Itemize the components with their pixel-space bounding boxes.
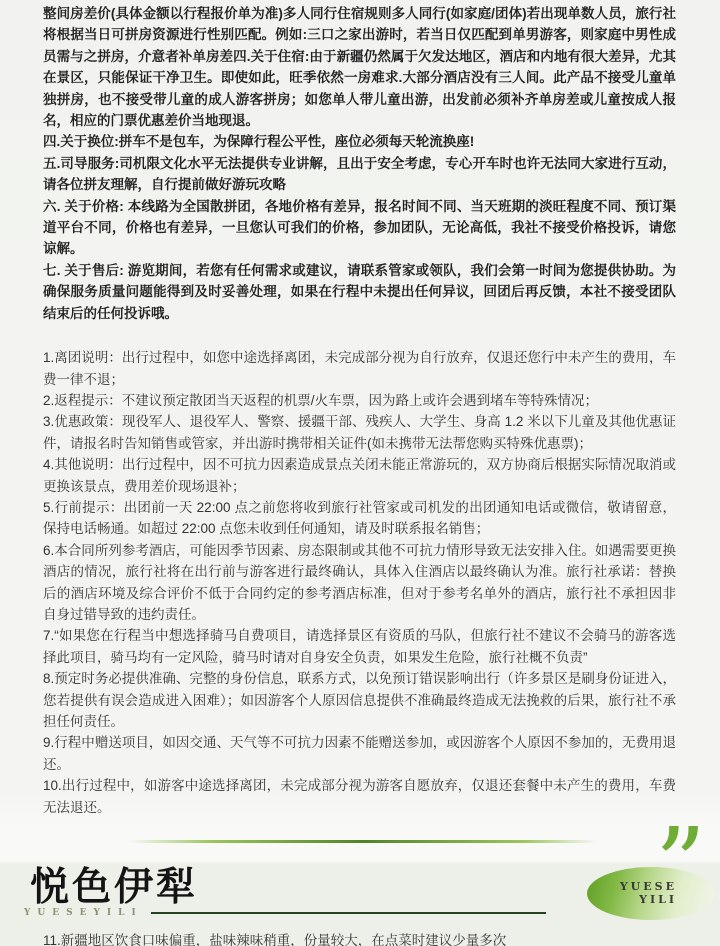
brand-badge-text: YUESE YILI: [620, 880, 677, 906]
notes-section: 1.离团说明：出行过程中，如您中途选择离团，未完成部分视为自行放弃，仅退还您行中…: [43, 347, 676, 818]
brand-footer: 悦色伊犁 YUESEYILI YUESE YILI 11.新疆地区饮食口味偏重，…: [0, 862, 720, 946]
note-item-9: 9.行程中赠送项目，如因交通、天气等不可抗力因素不能赠送参加，或因游客个人原因不…: [43, 732, 676, 775]
brand-badge-line1: YUESE: [620, 880, 677, 893]
note-item-3: 3.优惠政策：现役军人、退役军人、警察、援疆干部、残疾人、大学生、身高 1.2 …: [43, 411, 676, 454]
travel-notice-document: 整间房差价(具体金额以行程报价单为准)多人同行住宿规则多人同行(如家庭/团体)若…: [0, 0, 720, 946]
brand-logo-latin: YUESEYILI: [24, 908, 143, 918]
section-divider-line: [128, 840, 598, 843]
note-item-4: 4.其他说明：出行过程中，因不可抗力因素造成景点关闭未能正常游玩的，双方协商后根…: [43, 454, 676, 497]
policy-paragraph-pricing: 六. 关于价格: 本线路为全国散拼团，各地价格有差异，报名时间不同、当天班期的淡…: [43, 196, 676, 260]
policy-paragraph-seat-rotation: 四.关于换位:拼车不是包车，为保障行程公平性，座位必须每天轮流换座!: [43, 131, 676, 152]
policy-paragraph-driver-guide: 五.司导服务:司机限文化水平无法提供专业讲解，且出于安全考虑，专心开车时也许无法…: [43, 153, 676, 196]
note-item-2: 2.返程提示：不建议预定散团当天返程的机票/火车票，因为路上或许会遇到堵车等特殊…: [43, 390, 676, 411]
note-item-5: 5.行前提示：出团前一天 22:00 点之前您将收到旅行社管家或司机发的出团通知…: [43, 497, 676, 540]
note-item-7: 7.“如果您在行程当中想选择骑马自费项目，请选择景区有资质的马队，但旅行社不建议…: [43, 625, 676, 668]
brand-logo-chinese: 悦色伊犁: [30, 866, 198, 908]
note-item-1: 1.离团说明：出行过程中，如您中途选择离团，未完成部分视为自行放弃，仅退还您行中…: [43, 347, 676, 390]
note-item-6: 6.本合同所列参考酒店，可能因季节因素、房态限制或其他不可抗力情形导致无法安排入…: [43, 540, 676, 626]
document-body: 整间房差价(具体金额以行程报价单为准)多人同行住宿规则多人同行(如家庭/团体)若…: [43, 3, 676, 818]
brand-underline: [151, 912, 546, 914]
note-item-11-partial: 11.新疆地区饮食口味偏重，盐味辣味稍重，份量较大，在点菜时建议少量多次: [43, 930, 676, 946]
policy-paragraph-room-sharing: 整间房差价(具体金额以行程报价单为准)多人同行住宿规则多人同行(如家庭/团体)若…: [43, 3, 676, 131]
policy-section: 整间房差价(具体金额以行程报价单为准)多人同行住宿规则多人同行(如家庭/团体)若…: [43, 3, 676, 324]
brand-logo-row: YUESEYILI: [24, 908, 546, 918]
brand-badge-ellipse: YUESE YILI: [587, 867, 715, 920]
brand-badge-line2: YILI: [620, 893, 677, 906]
policy-paragraph-after-sales: 七. 关于售后: 游览期间，若您有任何需求或建议，请联系管家或领队，我们会第一时…: [43, 260, 676, 324]
note-item-10: 10.出行过程中，如游客中途选择离团，未完成部分视为游客自愿放弃，仅退还套餐中未…: [43, 775, 676, 818]
note-item-8: 8.预定时务必提供准确、完整的身份信息，联系方式，以免预订错误影响出行（许多景区…: [43, 668, 676, 732]
